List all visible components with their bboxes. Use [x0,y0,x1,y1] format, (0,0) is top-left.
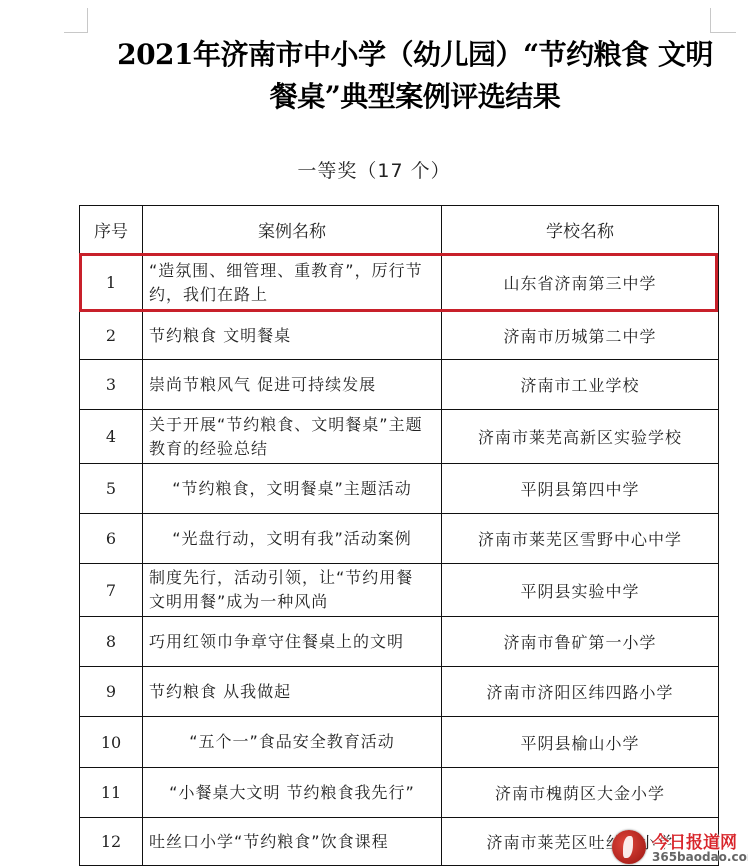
row-school-name: 济南市工业学校 [442,360,719,410]
row-case-name: “光盘行动，文明有我”活动案例 [143,514,442,564]
table-row: 5 “节约粮食，文明餐桌”主题活动 平阴县第四中学 [80,464,719,514]
row-number: 4 [80,410,143,464]
row-number: 9 [80,667,143,717]
row-case-name: “节约粮食，文明餐桌”主题活动 [143,464,442,514]
table-row: 11 “小餐桌大文明 节约粮食我先行” 济南市槐荫区大金小学 [80,768,719,818]
row-case-name: 节约粮食 从我做起 [143,667,442,717]
row-school-name: 济南市历城第二中学 [442,312,719,360]
row-case-name: 巧用红领巾争章守住餐桌上的文明 [143,617,442,667]
watermark-url: 365baodao.com [652,850,748,864]
results-table: 序号 案例名称 学校名称 1 “造氛围、细管理、重教育”，厉行节约，我们在路上 … [79,205,719,866]
table-row: 9 节约粮食 从我做起 济南市济阳区纬四路小学 [80,667,719,717]
award-heading: 一等奖（17 个） [0,156,748,183]
header-school-name: 学校名称 [442,206,719,254]
row-number: 7 [80,564,143,617]
row-case-name: “造氛围、细管理、重教育”，厉行节约，我们在路上 [143,254,442,312]
row-number: 3 [80,360,143,410]
row-school-name: 济南市济阳区纬四路小学 [442,667,719,717]
table-row: 6 “光盘行动，文明有我”活动案例 济南市莱芜区雪野中心中学 [80,514,719,564]
row-number: 2 [80,312,143,360]
row-case-name: 崇尚节粮风气 促进可持续发展 [143,360,442,410]
row-case-name: 吐丝口小学“节约粮食”饮食课程 [143,818,442,866]
table-row: 4 关于开展“节约粮食、文明餐桌”主题教育的经验总结 济南市莱芜高新区实验学校 [80,410,719,464]
flame-logo-icon [612,830,646,864]
row-number: 11 [80,768,143,818]
page-corner-mark-left [64,8,88,33]
table-row: 8 巧用红领巾争章守住餐桌上的文明 济南市鲁矿第一小学 [80,617,719,667]
row-case-name: 制度先行，活动引领，让“节约用餐 文明用餐”成为一种风尚 [143,564,442,617]
title-line-1: 2021年济南市中小学（幼儿园）“节约粮食 文明 [100,34,730,76]
row-number: 10 [80,717,143,768]
row-number: 1 [80,254,143,312]
table-row: 3 崇尚节粮风气 促进可持续发展 济南市工业学校 [80,360,719,410]
table-row: 7 制度先行，活动引领，让“节约用餐 文明用餐”成为一种风尚 平阴县实验中学 [80,564,719,617]
row-school-name: 平阴县榆山小学 [442,717,719,768]
header-number: 序号 [80,206,143,254]
table-row: 10 “五个一”食品安全教育活动 平阴县榆山小学 [80,717,719,768]
row-school-name: 济南市莱芜高新区实验学校 [442,410,719,464]
row-number: 8 [80,617,143,667]
row-school-name: 平阴县第四中学 [442,464,719,514]
row-number: 5 [80,464,143,514]
table-row: 2 节约粮食 文明餐桌 济南市历城第二中学 [80,312,719,360]
row-number: 6 [80,514,143,564]
site-watermark: 今日报道网 365baodao.com [612,828,748,868]
row-case-name: 关于开展“节约粮食、文明餐桌”主题教育的经验总结 [143,410,442,464]
header-case-name: 案例名称 [143,206,442,254]
row-number: 12 [80,818,143,866]
row-school-name: 济南市莱芜区雪野中心中学 [442,514,719,564]
row-school-name: 济南市槐荫区大金小学 [442,768,719,818]
row-school-name: 平阴县实验中学 [442,564,719,617]
row-case-name: 节约粮食 文明餐桌 [143,312,442,360]
row-school-name: 济南市鲁矿第一小学 [442,617,719,667]
document-title: 2021年济南市中小学（幼儿园）“节约粮食 文明 餐桌”典型案例评选结果 [100,34,730,118]
row-case-name: “小餐桌大文明 节约粮食我先行” [143,768,442,818]
title-line-2: 餐桌”典型案例评选结果 [100,76,730,118]
table-header-row: 序号 案例名称 学校名称 [80,206,719,254]
row-case-name: “五个一”食品安全教育活动 [143,717,442,768]
row-school-name: 山东省济南第三中学 [442,254,719,312]
table-row: 1 “造氛围、细管理、重教育”，厉行节约，我们在路上 山东省济南第三中学 [80,254,719,312]
page-corner-mark-right [710,8,736,33]
